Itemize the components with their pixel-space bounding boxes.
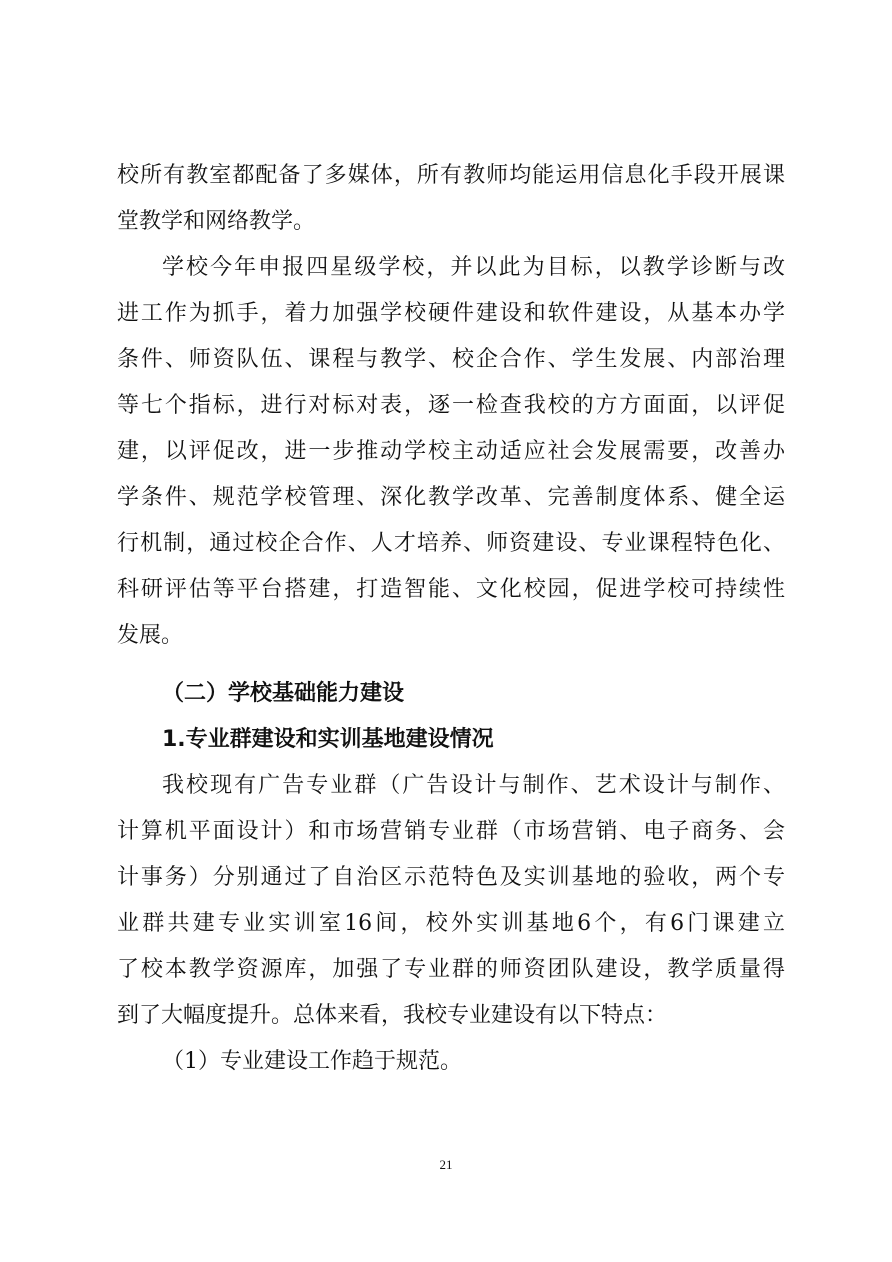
paragraph-line: 行机制，通过校企合作、人才培养、师资建设、专业课程特色化、 (117, 530, 785, 558)
paragraph-line: （1）专业建设工作趋于规范。 (162, 1048, 785, 1076)
paragraph-line: 到了大幅度提升。总体来看，我校专业建设有以下特点： (117, 1002, 785, 1030)
paragraph-line: 堂教学和网络教学。 (117, 208, 785, 236)
paragraph-line: 进工作为抓手，着力加强学校硬件建设和软件建设，从基本办学 (117, 300, 785, 328)
document-page: 校所有教室都配备了多媒体，所有教师均能运用信息化手段开展课 堂教学和网络教学。 … (0, 0, 892, 1262)
paragraph-line: 等七个指标，进行对标对表，逐一检查我校的方方面面，以评促 (117, 392, 785, 420)
paragraph-line: 计算机平面设计）和市场营销专业群（市场营销、电子商务、会 (117, 818, 785, 846)
subsection-heading: 1.专业群建设和实训基地建设情况 (162, 726, 494, 754)
paragraph-line: 计事务）分别通过了自治区示范特色及实训基地的验收，两个专 (117, 864, 785, 892)
paragraph-line: 校所有教室都配备了多媒体，所有教师均能运用信息化手段开展课 (117, 162, 785, 190)
section-heading: （二）学校基础能力建设 (162, 680, 404, 708)
paragraph-line: 了校本教学资源库，加强了专业群的师资团队建设，教学质量得 (117, 956, 785, 984)
paragraph-line: 建，以评促改，进一步推动学校主动适应社会发展需要，改善办 (117, 438, 785, 466)
paragraph-line: 科研评估等平台搭建，打造智能、文化校园，促进学校可持续性 (117, 576, 785, 604)
paragraph-line: 业群共建专业实训室16间，校外实训基地6个，有6门课建立 (117, 910, 785, 938)
paragraph-line: 学校今年申报四星级学校，并以此为目标，以教学诊断与改 (162, 254, 785, 282)
paragraph-line: 发展。 (117, 622, 785, 650)
paragraph-line: 条件、师资队伍、课程与教学、校企合作、学生发展、内部治理 (117, 346, 785, 374)
paragraph-line: 我校现有广告专业群（广告设计与制作、艺术设计与制作、 (162, 772, 785, 800)
paragraph-line: 学条件、规范学校管理、深化教学改革、完善制度体系、健全运 (117, 484, 785, 512)
page-number: 21 (0, 1156, 892, 1174)
